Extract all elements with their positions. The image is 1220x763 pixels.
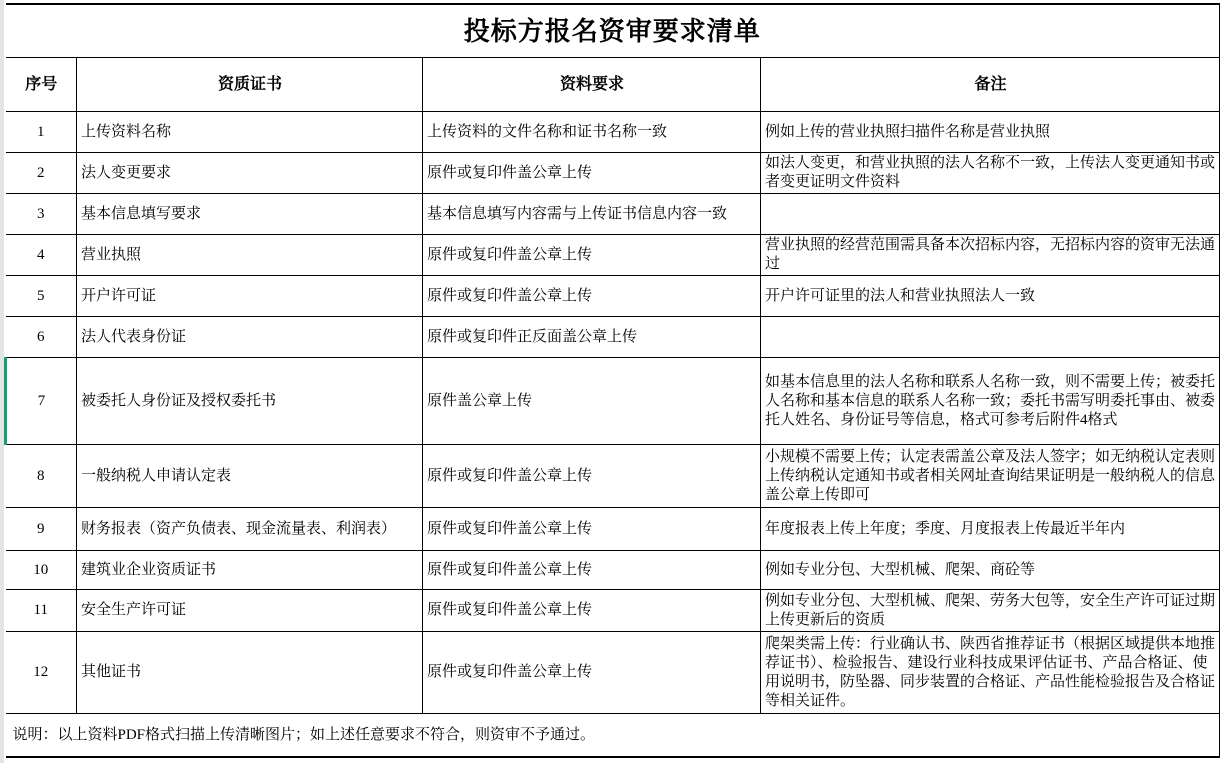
requirements-table: 投标方报名资审要求清单 序号 资质证书 资料要求 备注 1 上传资料名称 上传资… [4, 3, 1220, 758]
cell-remark [761, 317, 1220, 358]
cell-serial: 2 [6, 153, 77, 194]
cell-remark: 营业执照的经营范围需具备本次招标内容，无招标内容的资审无法通过 [761, 235, 1220, 276]
cell-remark: 爬架类需上传：行业确认书、陕西省推荐证书（根据区域提供本地推荐证书）、检验报告、… [761, 632, 1220, 714]
cell-serial: 12 [6, 632, 77, 714]
cell-certificate: 安全生产许可证 [77, 590, 423, 632]
cell-certificate: 一般纳税人申请认定表 [77, 445, 423, 508]
table-row: 2 法人变更要求 原件或复印件盖公章上传 如法人变更，和营业执照的法人名称不一致… [6, 153, 1220, 194]
cell-remark: 小规模不需要上传；认定表需盖公章及法人签字；如无纳税认定表则上传纳税认定通知书或… [761, 445, 1220, 508]
table-row: 7 被委托人身份证及授权委托书 原件盖公章上传 如基本信息里的法人名称和联系人名… [6, 358, 1220, 445]
cell-remark: 例如专业分包、大型机械、爬架、劳务大包等，安全生产许可证过期上传更新后的资质 [761, 590, 1220, 632]
table-row: 12 其他证书 原件或复印件盖公章上传 爬架类需上传：行业确认书、陕西省推荐证书… [6, 632, 1220, 714]
cell-certificate: 开户许可证 [77, 276, 423, 317]
cell-requirement: 原件或复印件盖公章上传 [423, 590, 761, 632]
cell-serial: 3 [6, 194, 77, 235]
cell-remark: 如法人变更，和营业执照的法人名称不一致，上传法人变更通知书或者变更证明文件资料 [761, 153, 1220, 194]
cell-requirement: 原件或复印件盖公章上传 [423, 153, 761, 194]
cell-certificate: 基本信息填写要求 [77, 194, 423, 235]
cell-serial: 11 [6, 590, 77, 632]
cell-certificate: 建筑业企业资质证书 [77, 551, 423, 590]
cell-certificate: 被委托人身份证及授权委托书 [77, 358, 423, 445]
col-header-serial: 序号 [6, 58, 77, 112]
cell-requirement: 原件盖公章上传 [423, 358, 761, 445]
table-row: 3 基本信息填写要求 基本信息填写内容需与上传证书信息内容一致 [6, 194, 1220, 235]
cell-remark [761, 194, 1220, 235]
cell-serial: 1 [6, 112, 77, 153]
cell-certificate: 法人变更要求 [77, 153, 423, 194]
table-row: 8 一般纳税人申请认定表 原件或复印件盖公章上传 小规模不需要上传；认定表需盖公… [6, 445, 1220, 508]
table-row: 10 建筑业企业资质证书 原件或复印件盖公章上传 例如专业分包、大型机械、爬架、… [6, 551, 1220, 590]
cell-certificate: 营业执照 [77, 235, 423, 276]
cell-requirement: 原件或复印件盖公章上传 [423, 276, 761, 317]
cell-remark: 例如上传的营业执照扫描件名称是营业执照 [761, 112, 1220, 153]
cell-serial: 4 [6, 235, 77, 276]
footer-note: 说明：以上资料PDF格式扫描上传清晰图片；如上述任意要求不符合，则资审不予通过。 [6, 714, 1220, 758]
cell-serial-highlighted: 7 [6, 358, 77, 445]
cell-remark: 例如专业分包、大型机械、爬架、商砼等 [761, 551, 1220, 590]
cell-serial: 5 [6, 276, 77, 317]
cell-requirement: 原件或复印件盖公章上传 [423, 445, 761, 508]
cell-requirement: 上传资料的文件名称和证书名称一致 [423, 112, 761, 153]
page-title: 投标方报名资审要求清单 [6, 4, 1220, 58]
cell-requirement: 基本信息填写内容需与上传证书信息内容一致 [423, 194, 761, 235]
title-row: 投标方报名资审要求清单 [6, 4, 1220, 58]
cell-remark: 开户许可证里的法人和营业执照法人一致 [761, 276, 1220, 317]
column-header-row: 序号 资质证书 资料要求 备注 [6, 58, 1220, 112]
cell-remark: 年度报表上传上年度；季度、月度报表上传最近半年内 [761, 508, 1220, 551]
cell-requirement: 原件或复印件盖公章上传 [423, 632, 761, 714]
col-header-requirement: 资料要求 [423, 58, 761, 112]
cell-requirement: 原件或复印件正反面盖公章上传 [423, 317, 761, 358]
table-row: 6 法人代表身份证 原件或复印件正反面盖公章上传 [6, 317, 1220, 358]
cell-certificate: 上传资料名称 [77, 112, 423, 153]
col-header-remark: 备注 [761, 58, 1220, 112]
table-row: 4 营业执照 原件或复印件盖公章上传 营业执照的经营范围需具备本次招标内容，无招… [6, 235, 1220, 276]
cell-certificate: 财务报表（资产负债表、现金流量表、利润表） [77, 508, 423, 551]
cell-requirement: 原件或复印件盖公章上传 [423, 508, 761, 551]
cell-serial: 8 [6, 445, 77, 508]
cell-serial: 9 [6, 508, 77, 551]
cell-serial: 10 [6, 551, 77, 590]
cell-requirement: 原件或复印件盖公章上传 [423, 235, 761, 276]
cell-requirement: 原件或复印件盖公章上传 [423, 551, 761, 590]
col-header-certificate: 资质证书 [77, 58, 423, 112]
table-row: 1 上传资料名称 上传资料的文件名称和证书名称一致 例如上传的营业执照扫描件名称… [6, 112, 1220, 153]
table-row: 9 财务报表（资产负债表、现金流量表、利润表） 原件或复印件盖公章上传 年度报表… [6, 508, 1220, 551]
table-row: 11 安全生产许可证 原件或复印件盖公章上传 例如专业分包、大型机械、爬架、劳务… [6, 590, 1220, 632]
cell-remark: 如基本信息里的法人名称和联系人名称一致，则不需要上传；被委托人名称和基本信息的联… [761, 358, 1220, 445]
footer-row: 说明：以上资料PDF格式扫描上传清晰图片；如上述任意要求不符合，则资审不予通过。 [6, 714, 1220, 758]
cell-certificate: 其他证书 [77, 632, 423, 714]
table-row: 5 开户许可证 原件或复印件盖公章上传 开户许可证里的法人和营业执照法人一致 [6, 276, 1220, 317]
cell-serial: 6 [6, 317, 77, 358]
cell-certificate: 法人代表身份证 [77, 317, 423, 358]
document-page: 投标方报名资审要求清单 序号 资质证书 资料要求 备注 1 上传资料名称 上传资… [0, 0, 1220, 763]
